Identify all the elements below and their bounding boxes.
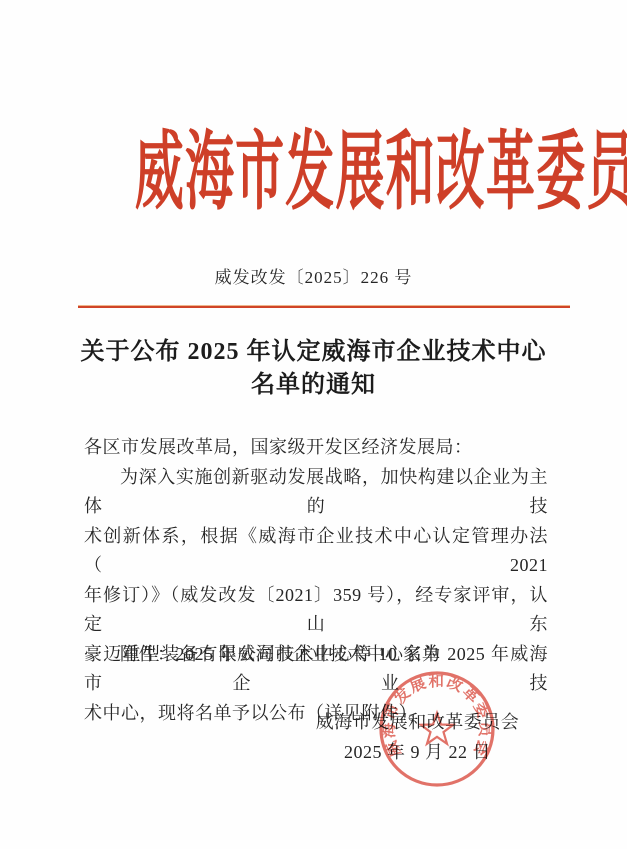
signoff-date: 2025 年 9 月 22 日 [315, 738, 520, 768]
notice-title-line2: 名单的通知 [0, 369, 627, 402]
body-line: 为深入实施创新驱动发展战略，加快构建以企业为主体的技 [84, 463, 548, 522]
signoff-issuer: 威海市发展和改革委员会 [315, 708, 520, 738]
notice-title: 关于公布 2025 年认定威海市企业技术中心 名单的通知 [0, 336, 627, 402]
red-divider-rule [78, 306, 570, 308]
body-line: 年修订）》（威发改发〔2021〕359 号），经专家评审，认定山东 [84, 581, 548, 640]
document-number: 威发改发〔2025〕226 号 [0, 266, 627, 290]
letterhead-issuer: 威海市发展和改革委员会 [135, 129, 492, 215]
official-notice-page: 威海市发展和改革委员会 威发改发〔2025〕226 号 关于公布 2025 年认… [0, 0, 627, 849]
signoff-block: 威海市发展和改革委员会 2025 年 9 月 22 日 [315, 708, 520, 767]
notice-body: 各区市发展改革局，国家级开发区经济发展局： 为深入实施创新驱动发展战略，加快构建… [84, 433, 548, 728]
notice-title-line1: 关于公布 2025 年认定威海市企业技术中心 [0, 336, 627, 369]
salutation: 各区市发展改革局，国家级开发区经济发展局： [84, 433, 548, 463]
body-line: 术创新体系，根据《威海市企业技术中心认定管理办法（2021 [84, 522, 548, 581]
attachment-line: 附件：2025 年威海市企业技术中心名单 [84, 640, 548, 669]
